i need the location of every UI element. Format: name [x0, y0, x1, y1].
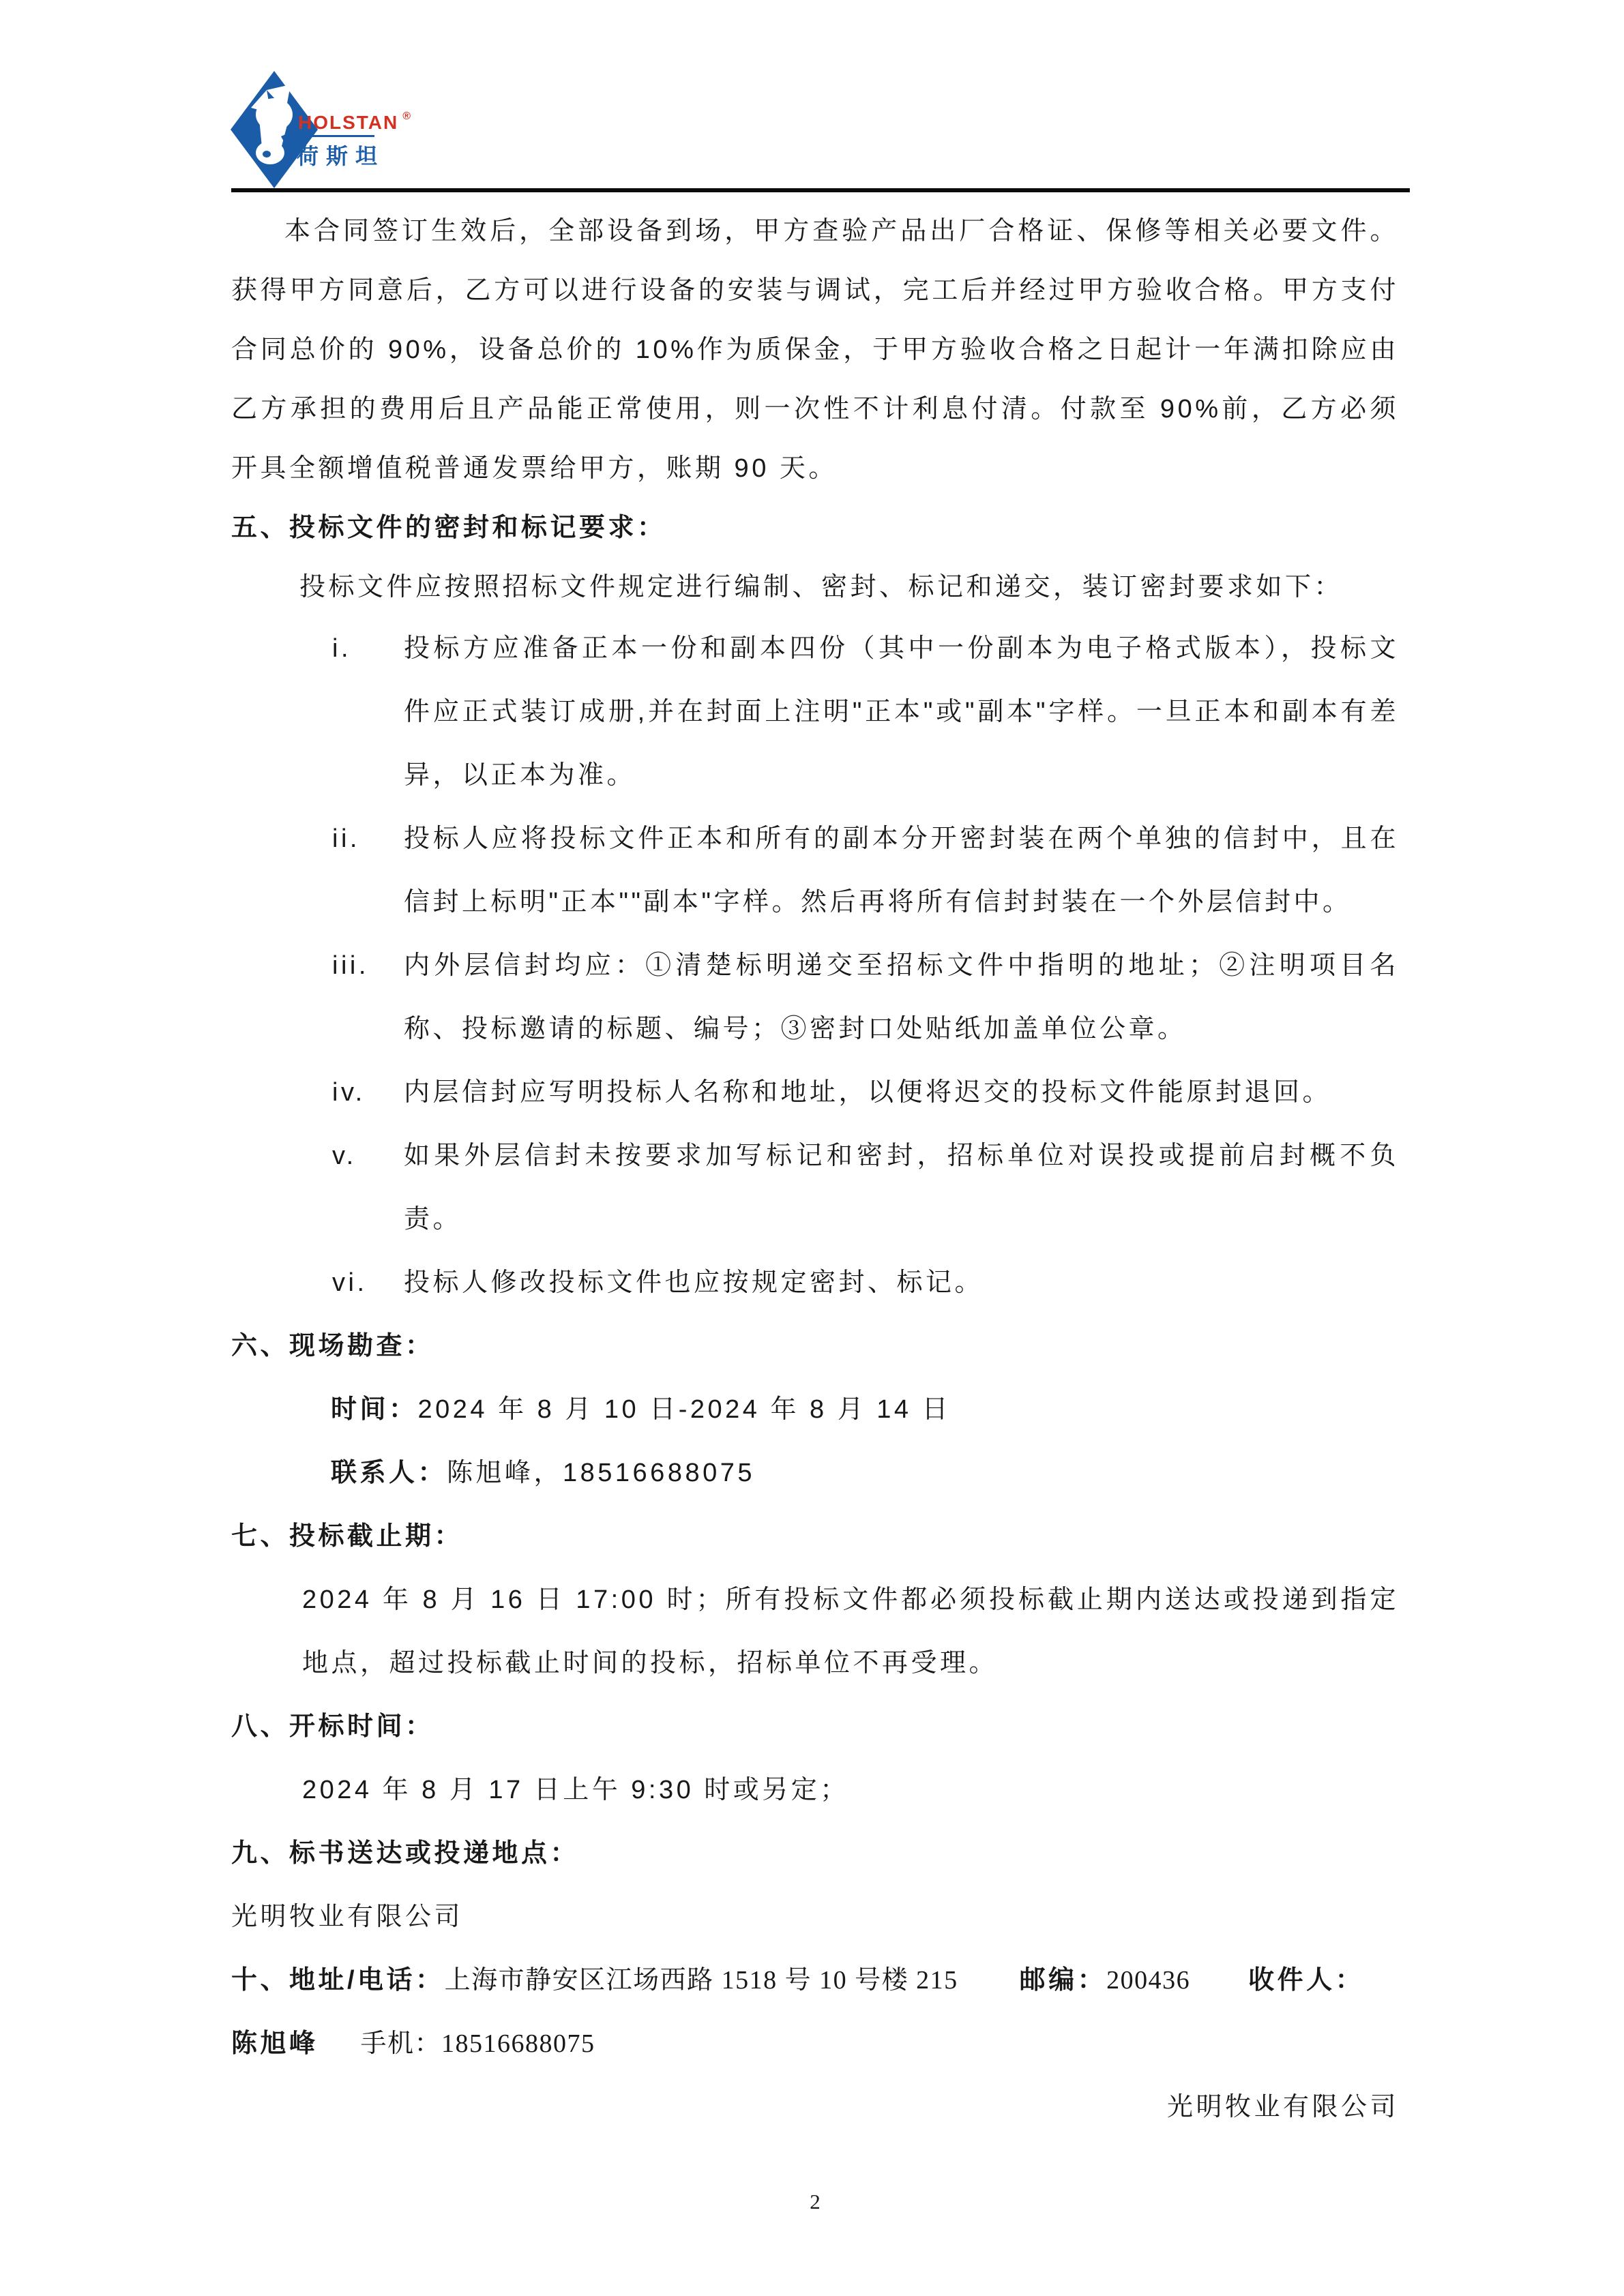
- roman-numeral: v.: [332, 1124, 357, 1188]
- list-item: ii. 投标人应将投标文件正本和所有的副本分开密封装在两个单独的信封中，且在信封…: [231, 807, 1399, 934]
- list-item: v. 如果外层信封未按要求加写标记和密封，招标单位对误投或提前启封概不负责。: [231, 1124, 1399, 1251]
- address-label: 十、地址/电话：: [231, 1966, 445, 1995]
- roman-numeral: i.: [332, 617, 351, 681]
- list-item-text: 投标人修改投标文件也应按规定密封、标记。: [404, 1268, 984, 1297]
- time-label: 时间：: [331, 1395, 418, 1424]
- brand-underline: [298, 135, 374, 137]
- list-item: iv. 内层信封应写明投标人名称和地址，以便将迟交的投标文件能原封退回。: [231, 1061, 1399, 1124]
- list-item-text: 如果外层信封未按要求加写标记和密封，招标单位对误投或提前启封概不负责。: [404, 1142, 1399, 1234]
- site-survey-contact-line: 联系人：陈旭峰，18516688075: [331, 1442, 1399, 1505]
- brand-name-row: HOLSTAN®: [298, 110, 411, 134]
- signature-company: 光明牧业有限公司: [231, 2076, 1399, 2139]
- document-page: HOLSTAN® 荷斯坦 本合同签订生效后，全部设备到场，甲方查验产品出厂合格证…: [0, 0, 1624, 2296]
- time-value: 2024 年 8 月 10 日-2024 年 8 月 14 日: [418, 1395, 951, 1424]
- roman-numeral: vi.: [332, 1251, 368, 1315]
- phone-label: 手机：: [361, 2029, 442, 2058]
- registered-mark: ®: [402, 110, 411, 122]
- section-9-heading: 九、标书送达或投递地点：: [231, 1822, 1399, 1885]
- zip-value: 200436: [1106, 1966, 1190, 1995]
- document-content: 本合同签订生效后，全部设备到场，甲方查验产品出厂合格证、保修等相关必要文件。获得…: [231, 202, 1399, 2216]
- page-number: 2: [231, 2188, 1399, 2216]
- zip-label: 邮编：: [1020, 1966, 1107, 1995]
- section-6-heading: 六、现场勘查：: [231, 1315, 1399, 1378]
- brand-name-cn: 荷斯坦: [297, 139, 385, 170]
- header-rule: [231, 188, 1410, 192]
- bid-deadline-paragraph: 2024 年 8 月 16 日 17:00 时；所有投标文件都必须投标截止期内送…: [302, 1568, 1399, 1695]
- brand-name: HOLSTAN: [298, 112, 398, 133]
- roman-numeral: ii.: [332, 807, 360, 871]
- recipient-name: 陈旭峰: [231, 2029, 319, 2058]
- section-8-heading: 八、开标时间：: [231, 1695, 1399, 1759]
- section-7-heading: 七、投标截止期：: [231, 1505, 1399, 1568]
- contract-terms-paragraph: 本合同签订生效后，全部设备到场，甲方查验产品出厂合格证、保修等相关必要文件。获得…: [231, 202, 1399, 498]
- recipient-label: 收件人：: [1248, 1966, 1364, 1995]
- list-item-text: 内外层信封均应：①清楚标明递交至招标文件中指明的地址；②注明项目名称、投标邀请的…: [404, 951, 1399, 1043]
- section-5-heading: 五、投标文件的密封和标记要求：: [231, 498, 1399, 558]
- address-line: 十、地址/电话：上海市静安区江场西路 1518 号 10 号楼 215邮编：20…: [231, 1949, 1399, 2012]
- address-value: 上海市静安区江场西路 1518 号 10 号楼 215: [445, 1966, 958, 1995]
- sealing-requirements-list: i. 投标方应准备正本一份和副本四份（其中一份副本为电子格式版本），投标文件应正…: [231, 617, 1399, 1315]
- roman-numeral: iv.: [332, 1061, 366, 1124]
- list-item-text: 内层信封应写明投标人名称和地址，以便将迟交的投标文件能原封退回。: [404, 1078, 1331, 1107]
- contact-label: 联系人：: [331, 1459, 447, 1487]
- list-item-text: 投标人应将投标文件正本和所有的副本分开密封装在两个单独的信封中，且在信封上标明"…: [404, 824, 1399, 916]
- delivery-place-line: 光明牧业有限公司: [231, 1885, 1399, 1949]
- list-item: vi. 投标人修改投标文件也应按规定密封、标记。: [231, 1251, 1399, 1315]
- list-item-text: 投标方应准备正本一份和副本四份（其中一份副本为电子格式版本），投标文件应正式装订…: [404, 634, 1399, 790]
- list-item: i. 投标方应准备正本一份和副本四份（其中一份副本为电子格式版本），投标文件应正…: [231, 617, 1399, 807]
- contact-value: 陈旭峰，18516688075: [447, 1459, 755, 1487]
- list-item: iii. 内外层信封均应：①清楚标明递交至招标文件中指明的地址；②注明项目名称、…: [231, 934, 1399, 1061]
- bid-opening-paragraph: 2024 年 8 月 17 日上午 9:30 时或另定；: [302, 1759, 1399, 1822]
- company-logo: HOLSTAN® 荷斯坦: [231, 65, 524, 195]
- section-5-intro: 投标文件应按照招标文件规定进行编制、密封、标记和递交，装订密封要求如下：: [231, 558, 1399, 617]
- phone-value: 18516688075: [441, 2029, 595, 2058]
- recipient-phone-line: 陈旭峰手机：18516688075: [231, 2012, 1399, 2076]
- site-survey-time-line: 时间：2024 年 8 月 10 日-2024 年 8 月 14 日: [331, 1378, 1399, 1442]
- roman-numeral: iii.: [332, 934, 369, 998]
